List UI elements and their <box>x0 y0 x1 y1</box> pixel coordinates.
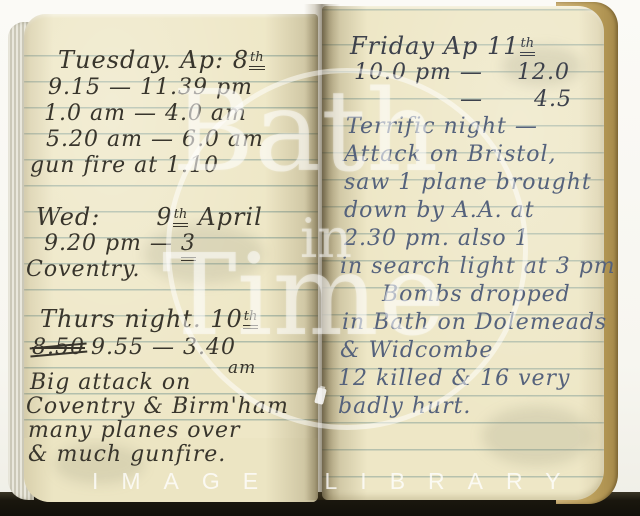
diary-line: & much gunfire. <box>28 442 226 467</box>
diary-line: in search light at 3 pm <box>340 254 616 279</box>
diary-text: 2.30 pm. also 1 <box>344 226 530 251</box>
diary-text: Friday Ap 11 <box>350 32 520 60</box>
diary-line: badly hurt. <box>338 394 471 419</box>
diary-text: Bombs dropped <box>382 282 571 307</box>
diary-text: 4.5 <box>534 87 572 112</box>
diary-text: 10.0 pm — <box>354 60 483 85</box>
diary-line-date: Wed:9thApril <box>36 203 263 231</box>
diary-text: gun fire at 1.10 <box>30 153 219 178</box>
diary-line: Terrific night — <box>346 114 538 139</box>
diary-line: 5.20 am — 6.0 am <box>46 127 264 152</box>
diary-text: Coventry & Birm'ham <box>26 394 289 419</box>
diary-line: down by A.A. at <box>344 198 535 223</box>
diary-line: Coventry. <box>26 257 141 282</box>
scanned-diary-photo: Tuesday. Ap: 8th 9.15 — 11.39 pm 1.0 am … <box>0 0 640 516</box>
date-part: 9thApril <box>156 203 262 231</box>
crossed-out-text: 8.50 <box>32 335 85 360</box>
diary-text: & Widcombe <box>340 338 493 363</box>
diary-text: Tuesday. Ap: 8 <box>58 46 249 74</box>
left-page: Tuesday. Ap: 8th 9.15 — 11.39 pm 1.0 am … <box>24 14 318 502</box>
diary-text: 5.20 am — 6.0 am <box>46 127 264 152</box>
diary-text: am <box>228 358 256 378</box>
diary-line: Bombs dropped <box>382 282 571 307</box>
diary-text: 12.0 <box>517 60 570 85</box>
diary-line: gun fire at 1.10 <box>30 153 219 178</box>
diary-line: 10.0 pm —12.0 <box>354 60 570 85</box>
diary-line: 8.509.55 — 3.40 <box>32 335 236 360</box>
diary-line: 1.0 am — 4.0 am <box>44 101 247 126</box>
diary-line: 2.30 pm. also 1 <box>344 226 530 251</box>
diary-line: am <box>228 358 256 378</box>
diary-text: 9.55 — 3.40 <box>91 335 236 360</box>
ordinal-suffix: th <box>243 309 259 329</box>
ordinal-suffix: th <box>173 207 189 227</box>
diary-line: Coventry & Birm'ham <box>26 394 289 419</box>
diary-text: 1.0 am — 4.0 am <box>44 101 247 126</box>
ordinal-suffix: th <box>520 36 536 56</box>
diary-text: down by A.A. at <box>344 198 535 223</box>
diary-text: Terrific night — <box>346 114 538 139</box>
diary-text: 9 <box>156 203 172 231</box>
diary-text: 12 killed & 16 very <box>338 366 570 391</box>
diary-line: many planes over <box>28 418 241 443</box>
diary-text: Big attack on <box>30 370 191 395</box>
diary-line: 12 killed & 16 very <box>338 366 570 391</box>
diary-line: —4.5 <box>460 87 572 112</box>
underlined-number: 3 <box>181 231 196 261</box>
diary-line: 9.20 pm —3 <box>44 231 196 256</box>
diary-text: many planes over <box>28 418 241 443</box>
diary-text: & much gunfire. <box>28 442 226 467</box>
diary-line: 9.15 — 11.39 pm <box>48 75 253 100</box>
diary-text: Wed: <box>36 203 100 231</box>
diary-text: 9.15 — 11.39 pm <box>48 75 253 100</box>
diary-text: badly hurt. <box>338 394 471 419</box>
diary-text: 9.20 pm — <box>44 231 173 256</box>
diary-line: Big attack on <box>30 370 191 395</box>
diary-line: & Widcombe <box>340 338 493 363</box>
diary-line-date: Tuesday. Ap: 8th <box>58 46 265 74</box>
ordinal-suffix: th <box>249 50 265 70</box>
diary-text: April <box>198 203 263 231</box>
diary-line-date: Thurs night. 10th <box>40 305 258 333</box>
diary-text: Attack on Bristol, <box>344 142 556 167</box>
diary-text: saw 1 plane brought <box>344 170 592 195</box>
diary-line-date: Friday Ap 11th <box>350 32 535 60</box>
diary-line: in Bath on Dolemeads <box>342 310 607 335</box>
diary-text: Coventry. <box>26 257 141 282</box>
diary-text: in Bath on Dolemeads <box>342 310 607 335</box>
right-page: Friday Ap 11th 10.0 pm —12.0 —4.5 Terrif… <box>322 6 604 500</box>
diary-text: — <box>460 87 483 112</box>
ink-bleed-smudge <box>482 406 592 466</box>
diary-line: Attack on Bristol, <box>344 142 556 167</box>
diary-text: Thurs night. 10 <box>40 305 243 333</box>
diary-line: saw 1 plane brought <box>344 170 592 195</box>
diary-text: in search light at 3 pm <box>340 254 616 279</box>
